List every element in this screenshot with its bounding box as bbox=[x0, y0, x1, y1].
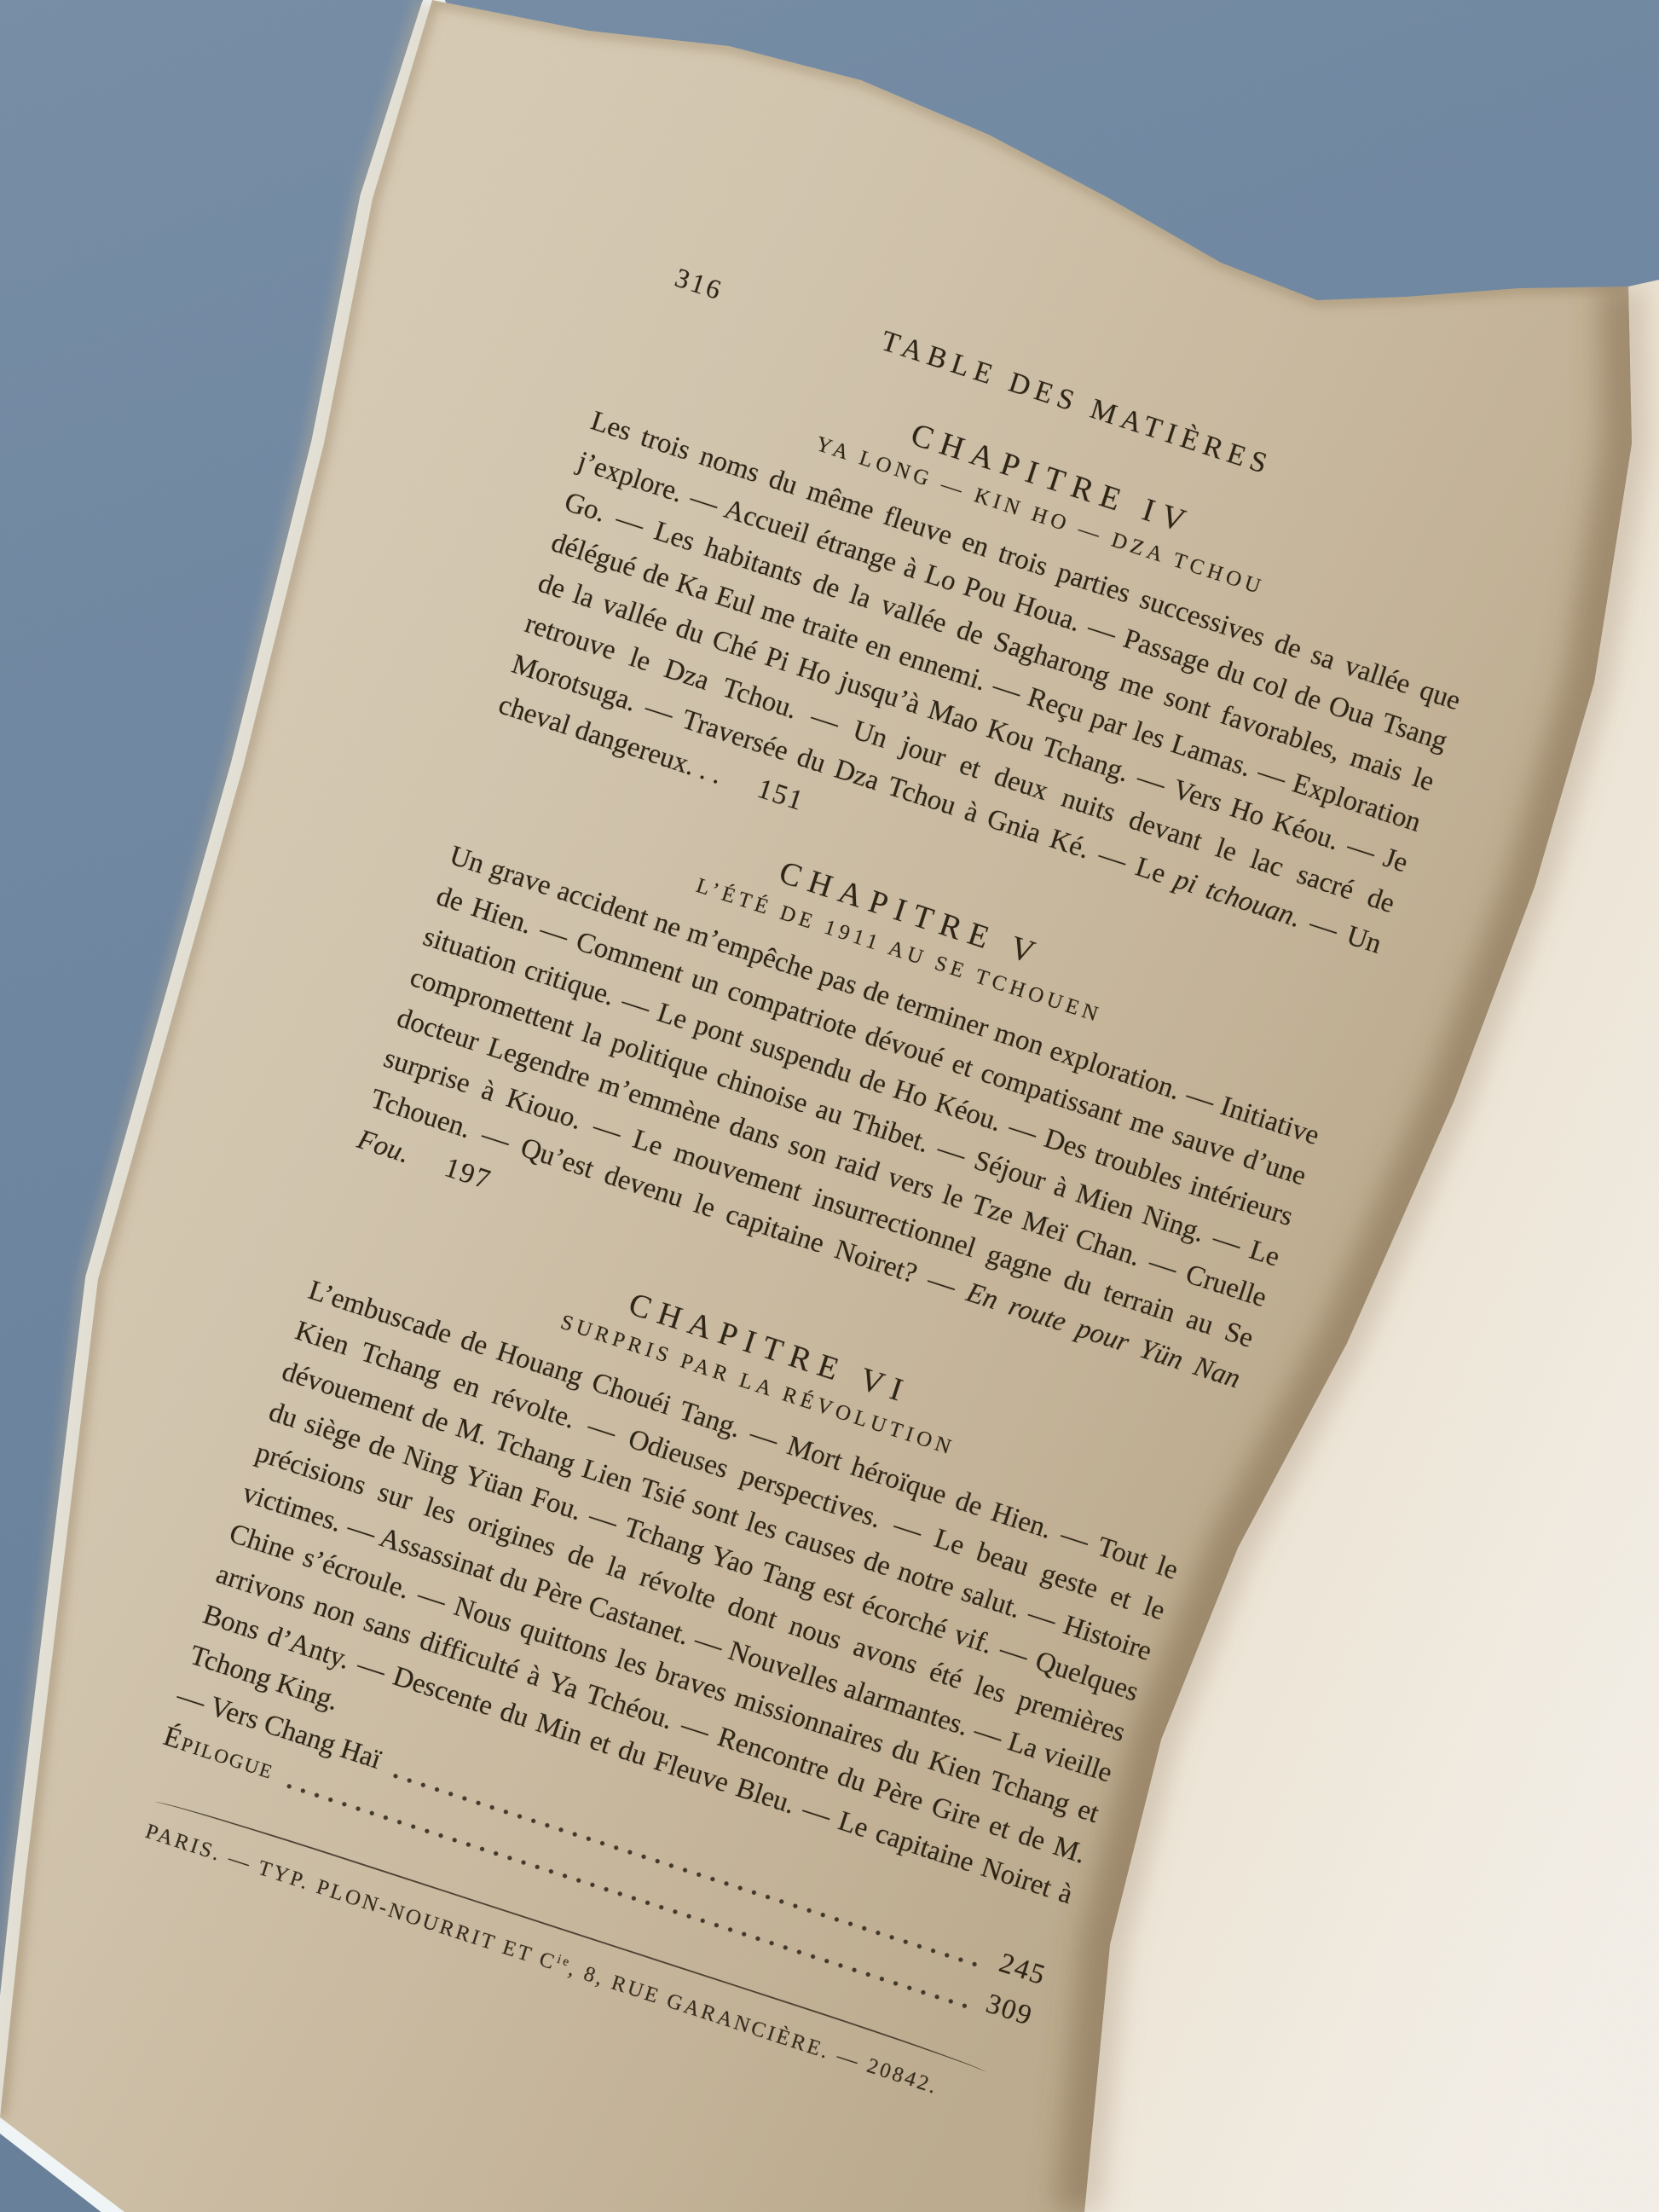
book-photo-scene: { "colors":{ "background":"#6d85a0", "pa… bbox=[0, 0, 1659, 2212]
chapter-page-ref: 151 bbox=[754, 773, 808, 817]
chapter-page-ref: 197 bbox=[441, 1152, 495, 1196]
